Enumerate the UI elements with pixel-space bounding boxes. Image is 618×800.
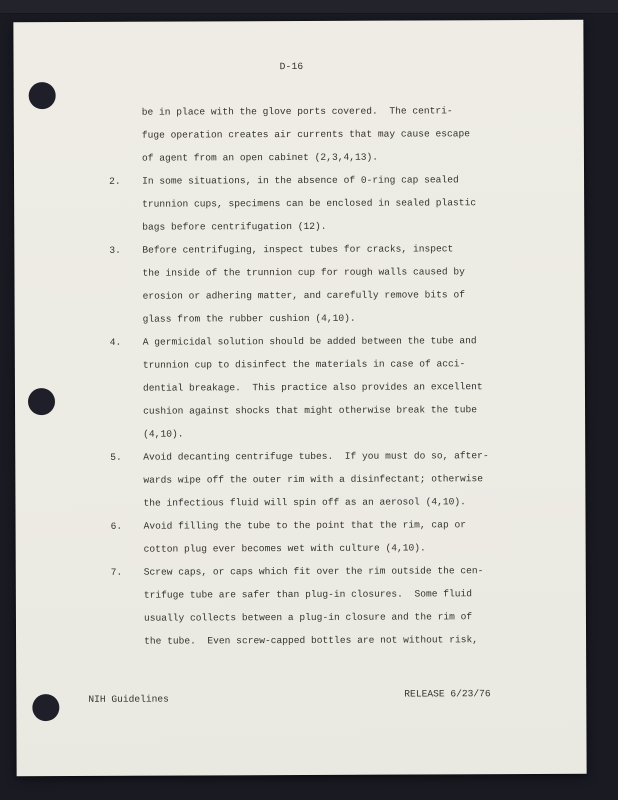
text-line: 6.Avoid filling the tube to the point th…	[16, 513, 586, 538]
text-line-content: trifuge tube are safer than plug-in clos…	[144, 582, 586, 607]
text-line-content: cushion against shocks that might otherw…	[143, 398, 585, 423]
text-line-content: Before centrifuging, inspect tubes for c…	[142, 237, 584, 262]
text-line: glass from the rubber cushion (4,10).	[15, 306, 585, 331]
text-line: 4.A germicidal solution should be added …	[15, 329, 585, 354]
text-line-content: Avoid filling the tube to the point that…	[144, 513, 586, 538]
footer-release-date: RELEASE 6/23/76	[404, 682, 490, 705]
text-line: cushion against shocks that might otherw…	[15, 398, 585, 423]
text-line: 2.In some situations, in the absence of …	[14, 168, 584, 193]
text-line-content: erosion or adhering matter, and carefull…	[143, 283, 585, 308]
text-line: trunnion cup to disinfect the materials …	[15, 352, 585, 377]
text-line-content: In some situations, in the absence of 0-…	[142, 168, 584, 193]
text-line-content: A germicidal solution should be added be…	[143, 329, 585, 354]
text-line: trunnion cups, specimens can be enclosed…	[14, 191, 584, 216]
text-line: erosion or adhering matter, and carefull…	[15, 283, 585, 308]
photo-backdrop: D-16 be in place with the glove ports co…	[0, 0, 618, 800]
text-line-content: Screw caps, or caps which fit over the r…	[144, 559, 586, 584]
list-item-number: 6.	[111, 515, 123, 538]
hole-punch-bottom	[32, 694, 59, 721]
list-item-number: 7.	[111, 561, 123, 584]
text-line-content: (4,10).	[143, 421, 585, 446]
text-line: 5.Avoid decanting centrifuge tubes. If y…	[15, 444, 585, 469]
text-line-content: fuge operation creates air currents that…	[142, 122, 584, 147]
text-line-content: dential breakage. This practice also pro…	[143, 375, 585, 400]
text-line: the infectious fluid will spin off as an…	[15, 490, 585, 515]
document-footer: NIH Guidelines RELEASE 6/23/76	[13, 20, 583, 22]
text-line: fuge operation creates air currents that…	[14, 122, 584, 147]
text-line-content: the inside of the trunnion cup for rough…	[142, 260, 584, 285]
text-line-content: wards wipe off the outer rim with a disi…	[143, 467, 585, 492]
text-line-content: bags before centrifugation (12).	[142, 214, 584, 239]
text-line: trifuge tube are safer than plug-in clos…	[16, 582, 586, 607]
backdrop-seam	[0, 0, 618, 14]
text-line-content: trunnion cup to disinfect the materials …	[143, 352, 585, 377]
text-line: wards wipe off the outer rim with a disi…	[15, 467, 585, 492]
document-body: be in place with the glove ports covered…	[14, 99, 586, 653]
text-line: of agent from an open cabinet (2,3,4,13)…	[14, 145, 584, 170]
text-line: 7.Screw caps, or caps which fit over the…	[16, 559, 586, 584]
list-item-number: 3.	[109, 239, 121, 262]
text-line: (4,10).	[15, 421, 585, 446]
text-line-content: trunnion cups, specimens can be enclosed…	[142, 191, 584, 216]
text-line-content: the tube. Even screw-capped bottles are …	[144, 628, 586, 653]
text-line: the inside of the trunnion cup for rough…	[14, 260, 584, 285]
text-line: dential breakage. This practice also pro…	[15, 375, 585, 400]
list-item-number: 5.	[110, 446, 122, 469]
text-line: the tube. Even screw-capped bottles are …	[16, 628, 586, 653]
text-line-content: glass from the rubber cushion (4,10).	[143, 306, 585, 331]
text-line-content: cotton plug ever becomes wet with cultur…	[144, 536, 586, 561]
text-line-content: be in place with the glove ports covered…	[142, 99, 584, 124]
text-line: be in place with the glove ports covered…	[14, 99, 584, 124]
text-line: usually collects between a plug-in closu…	[16, 605, 586, 630]
footer-document-title: NIH Guidelines	[88, 688, 169, 711]
document-page: D-16 be in place with the glove ports co…	[13, 20, 586, 776]
page-number: D-16	[280, 61, 304, 72]
list-item-number: 2.	[109, 170, 121, 193]
text-line: cotton plug ever becomes wet with cultur…	[16, 536, 586, 561]
text-line: 3.Before centrifuging, inspect tubes for…	[14, 237, 584, 262]
text-line-content: the infectious fluid will spin off as an…	[143, 490, 585, 515]
text-line-content: Avoid decanting centrifuge tubes. If you…	[143, 444, 585, 469]
text-line: bags before centrifugation (12).	[14, 214, 584, 239]
list-item-number: 4.	[110, 331, 122, 354]
text-line-content: of agent from an open cabinet (2,3,4,13)…	[142, 145, 584, 170]
text-line-content: usually collects between a plug-in closu…	[144, 605, 586, 630]
